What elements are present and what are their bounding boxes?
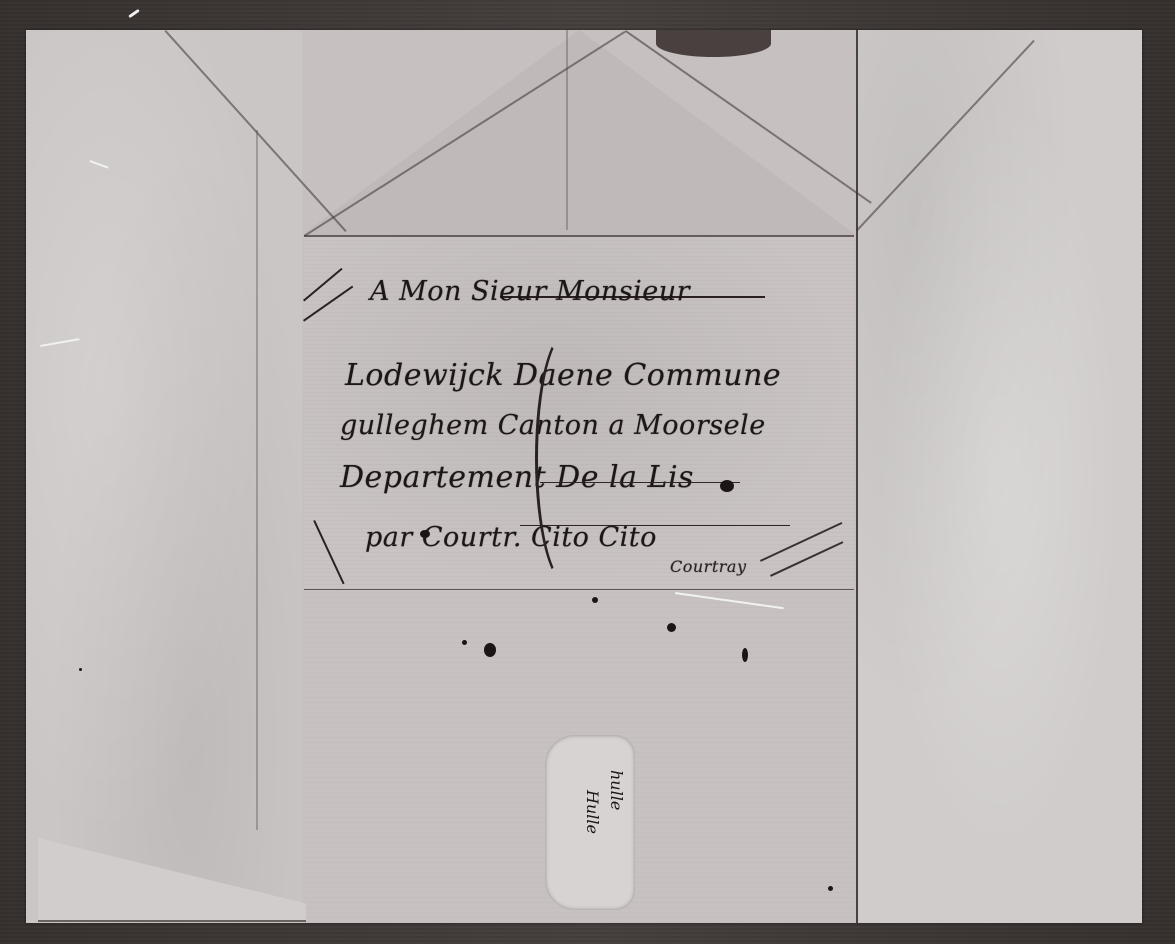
ink-blot (462, 640, 467, 645)
crease-line (256, 130, 258, 830)
ink-blot (592, 597, 598, 603)
torn-top-edge (656, 30, 771, 57)
seal-fragment-text-1: hulle (607, 770, 626, 810)
ink-blot (828, 886, 833, 891)
ink-blot (484, 643, 496, 657)
ink-blot (79, 668, 82, 671)
left-fold-panel (26, 30, 304, 923)
right-fold-panel (856, 30, 1142, 923)
ink-blot (667, 623, 676, 632)
address-line-4: Departement De la Lis (340, 460, 694, 495)
address-line-1: A Mon Sieur Monsieur (370, 276, 690, 307)
ink-blot (420, 530, 430, 538)
seal-fragment-text-2: Hulle (583, 790, 602, 834)
origin-postmark: Courtray (670, 557, 746, 576)
crease-line (566, 30, 568, 230)
ink-blot (742, 648, 748, 662)
address-line-5: par Courtr. Cito Cito (365, 522, 657, 553)
ink-blot (720, 480, 734, 492)
large-ink-flourish (535, 330, 601, 586)
